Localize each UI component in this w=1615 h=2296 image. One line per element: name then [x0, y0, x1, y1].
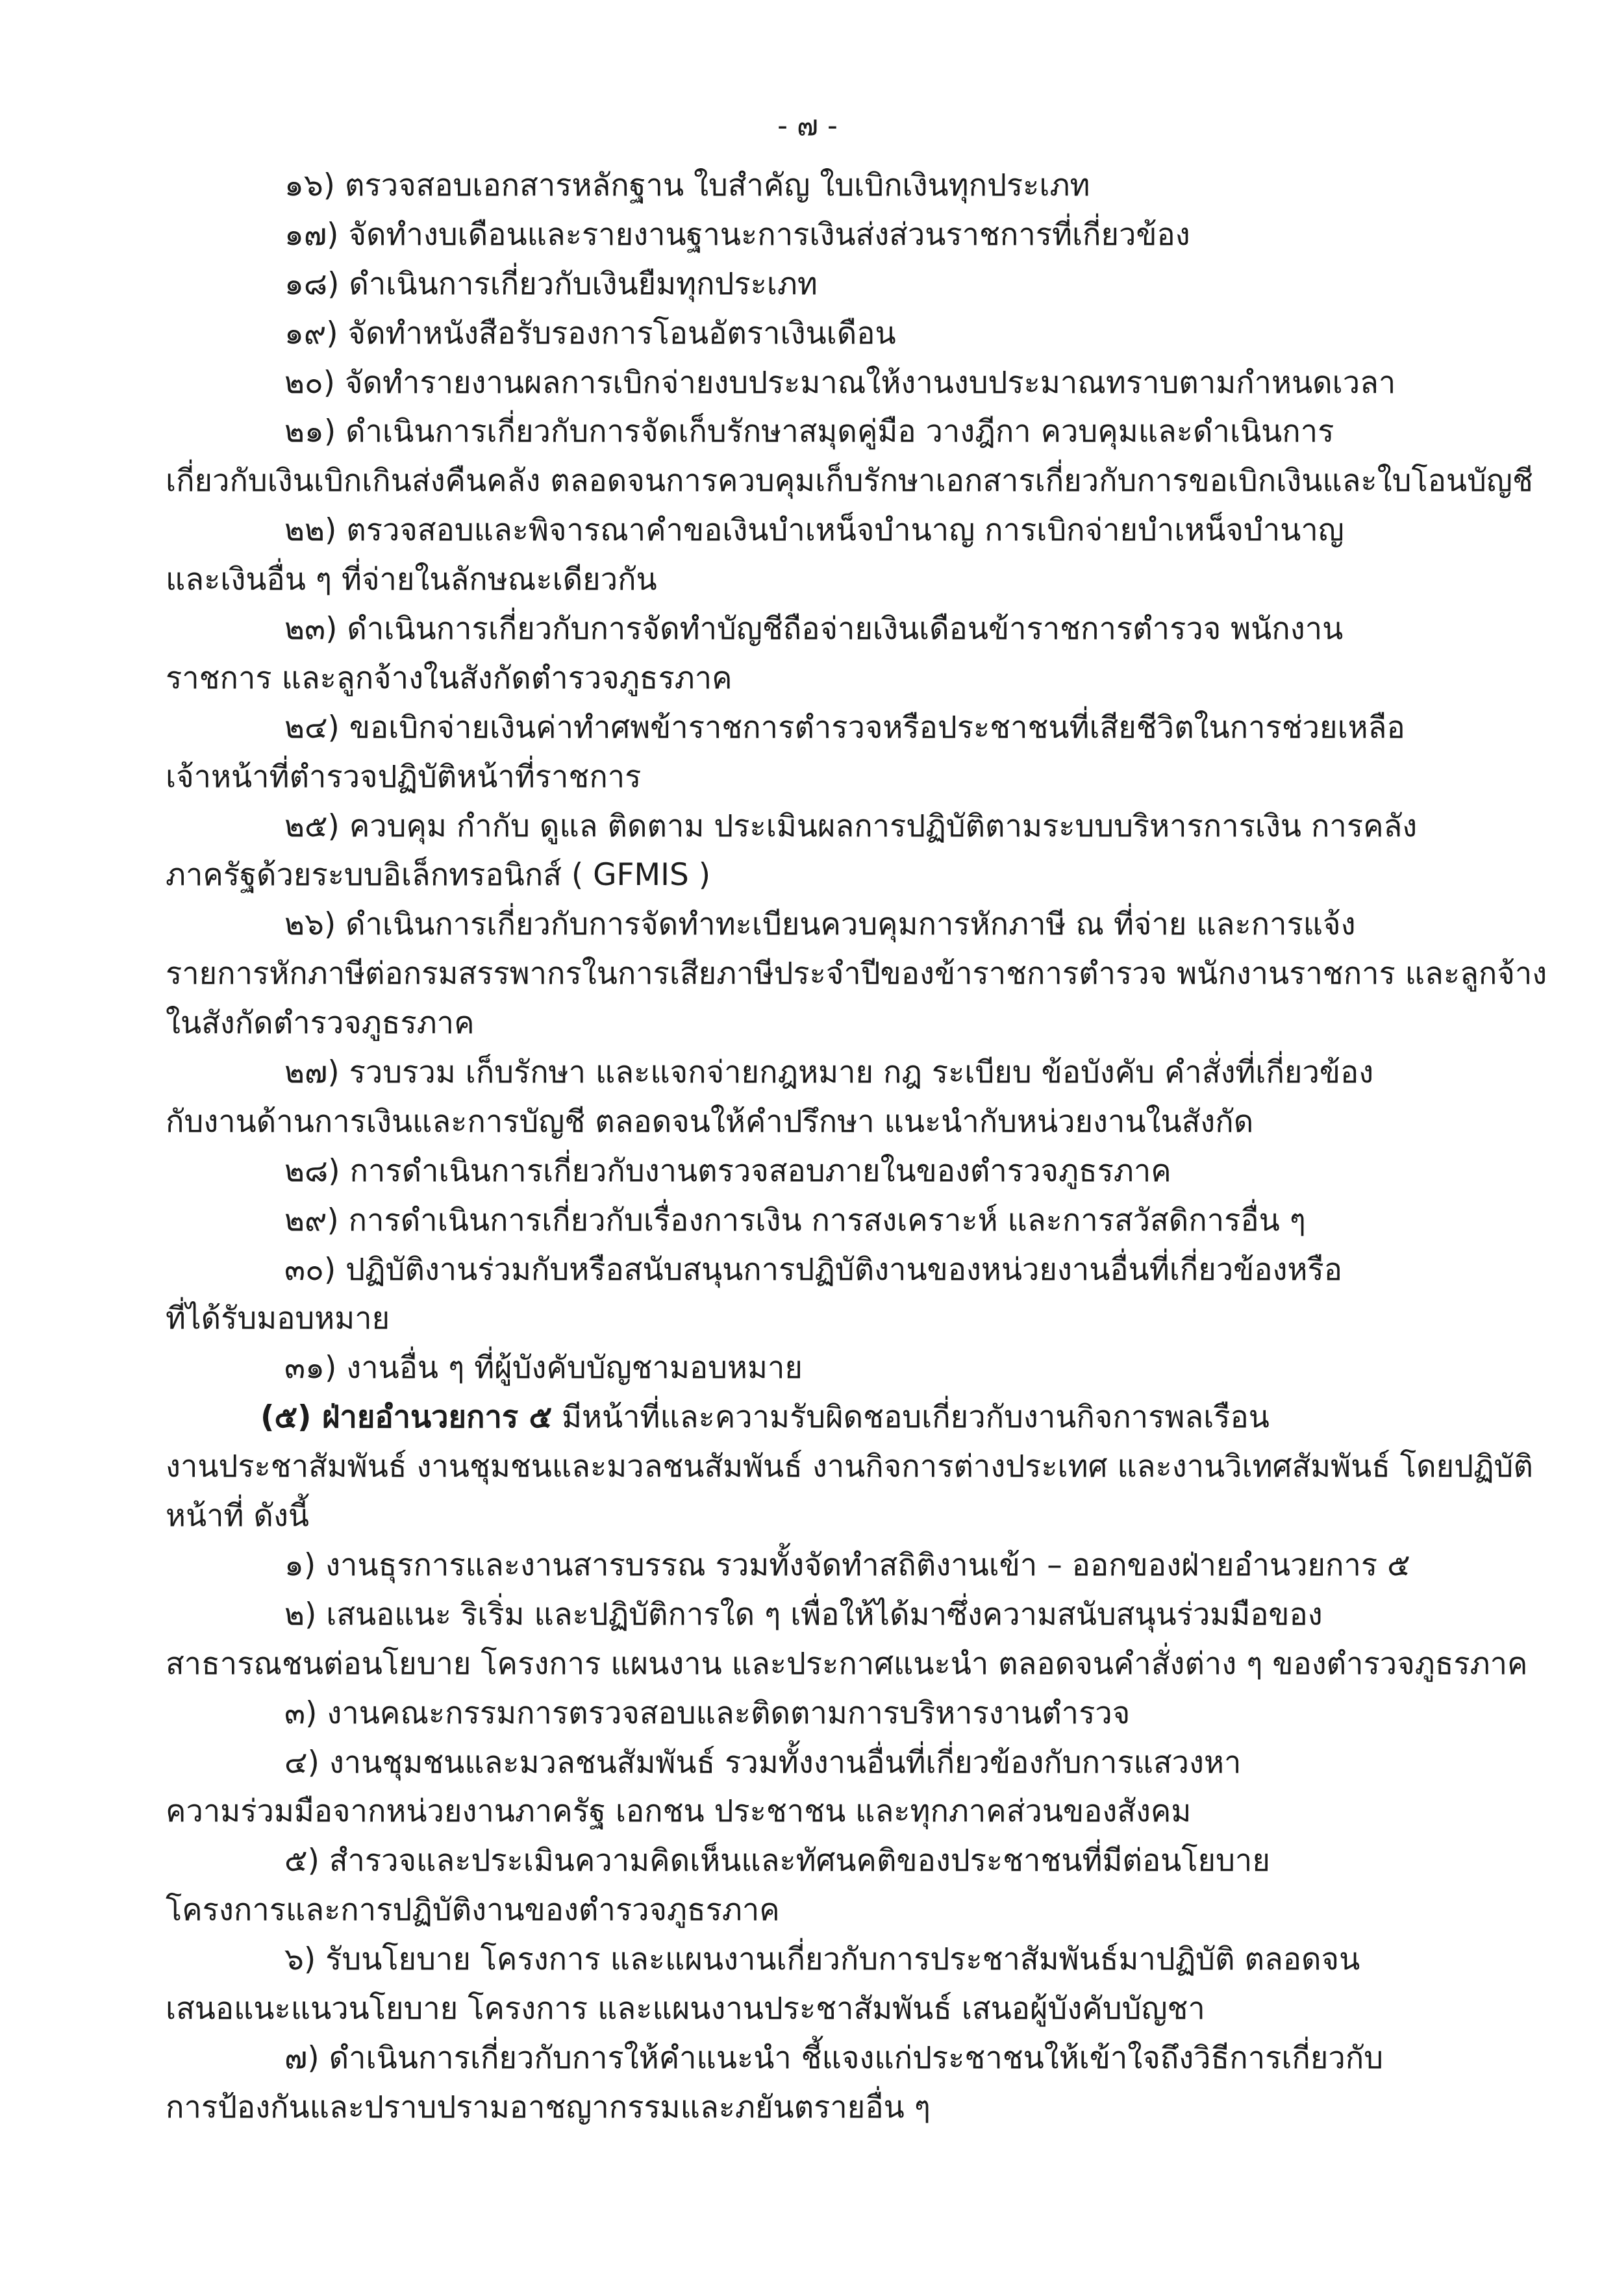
- document-body: ๑๖) ตรวจสอบเอกสารหลักฐาน ใบสำคัญ ใบเบิกเ…: [166, 161, 1537, 2132]
- section-heading-label: (๕) ฝ่ายอำนวยการ ๕: [260, 1399, 552, 1435]
- text-line: กับงานด้านการเงินและการบัญชี ตลอดจนให้คำ…: [166, 1097, 1537, 1147]
- text-line: ๒๗) รวบรวม เก็บรักษา และแจกจ่ายกฎหมาย กฎ…: [166, 1048, 1537, 1097]
- text-line: ๓๐) ปฏิบัติงานร่วมกับหรือสนับสนุนการปฏิบ…: [166, 1245, 1537, 1295]
- text-line: ราชการ และลูกจ้างในสังกัดตำรวจภูธรภาค: [166, 654, 1537, 703]
- text-line: ๑๙) จัดทำหนังสือรับรองการโอนอัตราเงินเดื…: [166, 309, 1537, 358]
- section-heading-line: (๕) ฝ่ายอำนวยการ ๕ มีหน้าที่และความรับผิ…: [166, 1393, 1537, 1442]
- text-line: เจ้าหน้าที่ตำรวจปฏิบัติหน้าที่ราชการ: [166, 753, 1537, 802]
- text-line: โครงการและการปฏิบัติงานของตำรวจภูธรภาค: [166, 1886, 1537, 1935]
- text-line: เกี่ยวกับเงินเบิกเกินส่งคืนคลัง ตลอดจนกา…: [166, 456, 1537, 506]
- text-line: ๓๑) งานอื่น ๆ ที่ผู้บังคับบัญชามอบหมาย: [166, 1343, 1537, 1393]
- text-line: ๒๑) ดำเนินการเกี่ยวกับการจัดเก็บรักษาสมุ…: [166, 407, 1537, 456]
- text-line: ๒๙) การดำเนินการเกี่ยวกับเรื่องการเงิน ก…: [166, 1196, 1537, 1245]
- text-line: ๑๗) จัดทำงบเดือนและรายงานฐานะการเงินส่งส…: [166, 210, 1537, 260]
- text-line: ๑) งานธุรการและงานสารบรรณ รวมทั้งจัดทำสถ…: [166, 1541, 1537, 1590]
- text-line: ๒๔) ขอเบิกจ่ายเงินค่าทำศพข้าราชการตำรวจห…: [166, 703, 1537, 753]
- text-line: ๒๓) ดำเนินการเกี่ยวกับการจัดทำบัญชีถือจ่…: [166, 605, 1537, 654]
- text-line: หน้าที่ ดังนี้: [166, 1491, 1537, 1541]
- text-line: ๒๖) ดำเนินการเกี่ยวกับการจัดทำทะเบียนควบ…: [166, 900, 1537, 949]
- text-line: รายการหักภาษีต่อกรมสรรพากรในการเสียภาษีป…: [166, 949, 1537, 999]
- text-line: งานประชาสัมพันธ์ งานชุมชนและมวลชนสัมพันธ…: [166, 1442, 1537, 1491]
- text-line: ๒) เสนอแนะ ริเริ่ม และปฏิบัติการใด ๆ เพื…: [166, 1590, 1537, 1640]
- text-line: ความร่วมมือจากหน่วยงานภาครัฐ เอกชน ประชา…: [166, 1787, 1537, 1836]
- text-line: สาธารณชนต่อนโยบาย โครงการ แผนงาน และประก…: [166, 1640, 1537, 1689]
- text-line: ๒๐) จัดทำรายงานผลการเบิกจ่ายงบประมาณให้ง…: [166, 358, 1537, 408]
- text-line: และเงินอื่น ๆ ที่จ่ายในลักษณะเดียวกัน: [166, 555, 1537, 605]
- text-line: ๑๘) ดำเนินการเกี่ยวกับเงินยืมทุกประเภท: [166, 260, 1537, 309]
- text-line: ๔) งานชุมชนและมวลชนสัมพันธ์ รวมทั้งงานอื…: [166, 1738, 1537, 1788]
- text-line: ๗) ดำเนินการเกี่ยวกับการให้คำแนะนำ ชี้แจ…: [166, 2034, 1537, 2083]
- text-line: ๒๘) การดำเนินการเกี่ยวกับงานตรวจสอบภายใน…: [166, 1147, 1537, 1196]
- document-page: - ๗ - ๑๖) ตรวจสอบเอกสารหลักฐาน ใบสำคัญ ใ…: [0, 0, 1615, 2296]
- text-line: การป้องกันและปราบปรามอาชญากรรมและภยันตรา…: [166, 2083, 1537, 2132]
- section-heading-rest: มีหน้าที่และความรับผิดชอบเกี่ยวกับงานกิจ…: [552, 1399, 1270, 1435]
- text-line: ภาครัฐด้วยระบบอิเล็กทรอนิกส์ ( GFMIS ): [166, 851, 1537, 900]
- text-line: ๓) งานคณะกรรมการตรวจสอบและติดตามการบริหา…: [166, 1689, 1537, 1738]
- page-number: - ๗ -: [0, 109, 1615, 143]
- text-line: ๑๖) ตรวจสอบเอกสารหลักฐาน ใบสำคัญ ใบเบิกเ…: [166, 161, 1537, 210]
- text-line: เสนอแนะแนวนโยบาย โครงการ และแผนงานประชาส…: [166, 1984, 1537, 2034]
- text-line: ในสังกัดตำรวจภูธรภาค: [166, 999, 1537, 1048]
- text-line: ๖) รับนโยบาย โครงการ และแผนงานเกี่ยวกับก…: [166, 1935, 1537, 1984]
- text-line: ๒๒) ตรวจสอบและพิจารณาคำขอเงินบำเหน็จบำนา…: [166, 506, 1537, 555]
- text-line: ๒๕) ควบคุม กำกับ ดูแล ติดตาม ประเมินผลกา…: [166, 802, 1537, 851]
- text-line: ๕) สำรวจและประเมินความคิดเห็นและทัศนคติข…: [166, 1836, 1537, 1886]
- text-line: ที่ได้รับมอบหมาย: [166, 1294, 1537, 1343]
